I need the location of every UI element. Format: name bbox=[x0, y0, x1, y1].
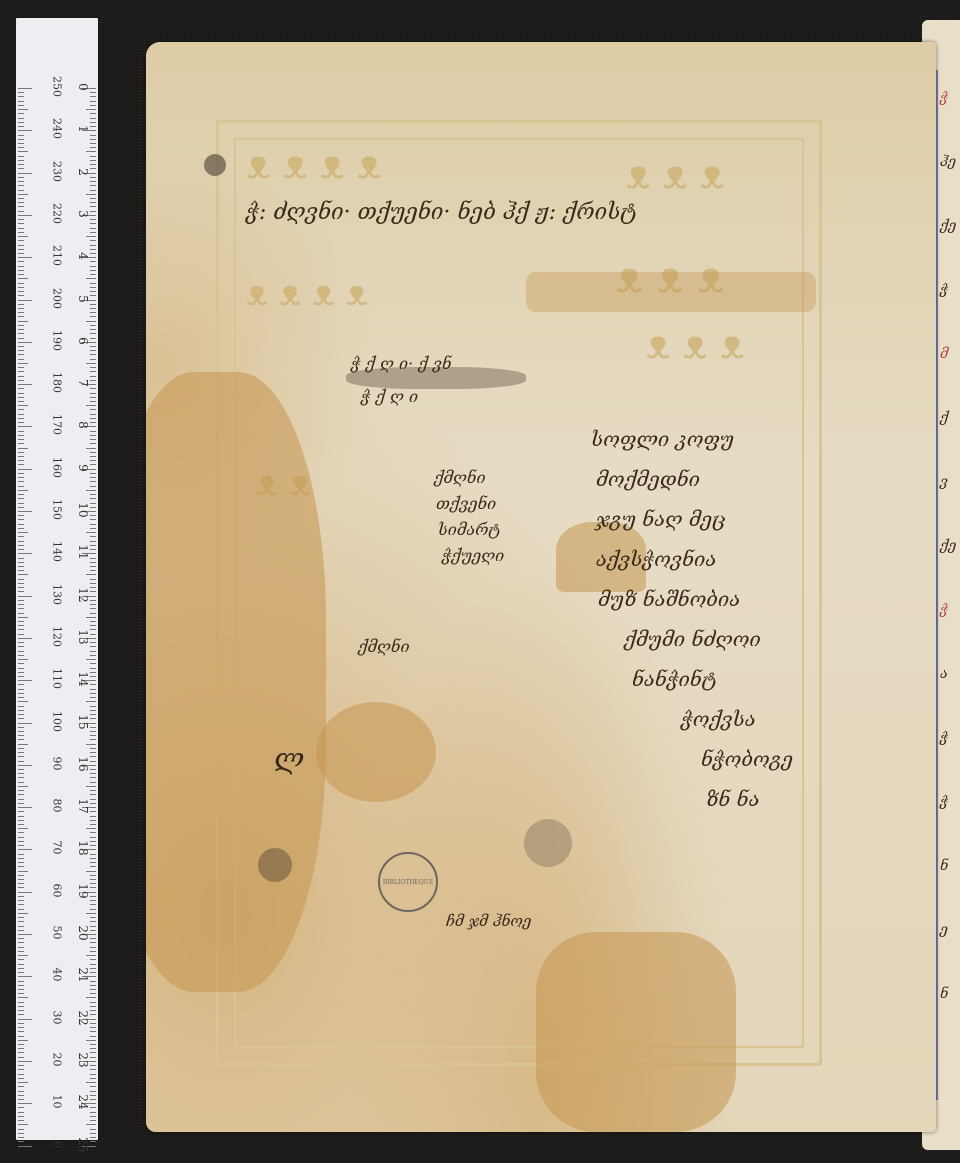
ruler-tick bbox=[86, 574, 96, 575]
ruler-tick bbox=[18, 583, 24, 584]
ruler-tick bbox=[18, 731, 24, 732]
ruler-tick bbox=[90, 168, 96, 169]
ruler-tick bbox=[90, 308, 96, 309]
grass-motif: ᴥ ᴥ ᴥ ᴥ bbox=[246, 272, 368, 314]
ruler-tick bbox=[18, 118, 24, 119]
ruler-tick bbox=[90, 993, 96, 994]
ruler-tick bbox=[90, 811, 96, 812]
adjacent-page-text: ჭ bbox=[940, 794, 948, 810]
ruler-tick bbox=[18, 887, 24, 888]
ruler-tick bbox=[18, 807, 32, 808]
ruler-cm-label: 0 bbox=[76, 76, 90, 98]
ruler-tick bbox=[18, 596, 32, 597]
ruler-tick bbox=[18, 769, 24, 770]
ruler-tick bbox=[90, 756, 96, 757]
ruler-tick bbox=[90, 464, 96, 465]
ruler-tick bbox=[90, 735, 96, 736]
ruler-tick bbox=[90, 625, 96, 626]
ruler-tick bbox=[18, 879, 24, 880]
ruler-tick bbox=[90, 536, 96, 537]
ruler-tick bbox=[86, 151, 96, 152]
water-stain bbox=[536, 932, 736, 1132]
ink-blot bbox=[258, 848, 292, 882]
ruler-tick bbox=[90, 1002, 96, 1003]
ruler-tick bbox=[18, 1099, 24, 1100]
ruler-tick bbox=[18, 477, 24, 478]
adjacent-page-text: ა bbox=[940, 666, 948, 682]
text-line: მუზ ნაშნობია bbox=[598, 587, 740, 611]
ruler-tick bbox=[86, 1082, 96, 1083]
ruler-tick bbox=[18, 921, 24, 922]
ruler-tick bbox=[90, 367, 96, 368]
ruler-tick bbox=[90, 752, 96, 753]
ruler-tick bbox=[18, 325, 24, 326]
bottom-note: ჩმ ჯმ ჰნოე bbox=[446, 912, 531, 930]
ruler-tick bbox=[90, 211, 96, 212]
ruler-tick bbox=[18, 228, 24, 229]
ruler-tick bbox=[18, 481, 24, 482]
ruler-tick bbox=[90, 917, 96, 918]
ruler-tick bbox=[90, 261, 96, 262]
ruler-cm-label: 5 bbox=[76, 288, 90, 310]
ruler-tick bbox=[18, 909, 24, 910]
ruler-tick bbox=[18, 587, 24, 588]
ruler-tick bbox=[90, 566, 96, 567]
ruler-tick bbox=[90, 1010, 96, 1011]
ruler-tick bbox=[90, 253, 96, 254]
ruler-mm-label: 250 bbox=[51, 74, 64, 100]
ruler-tick bbox=[18, 397, 24, 398]
ruler-tick bbox=[90, 820, 96, 821]
ruler-tick bbox=[18, 1048, 24, 1049]
ruler-tick bbox=[18, 181, 24, 182]
ruler-tick bbox=[18, 1120, 24, 1121]
ruler-tick bbox=[90, 1116, 96, 1117]
ruler-tick bbox=[90, 528, 96, 529]
ruler-tick bbox=[90, 101, 96, 102]
ruler-cm-label: 11 bbox=[76, 541, 90, 563]
ruler-tick bbox=[18, 710, 24, 711]
ruler-tick bbox=[18, 300, 32, 301]
ruler-tick bbox=[18, 88, 32, 89]
ruler-tick bbox=[90, 900, 96, 901]
ruler-tick bbox=[90, 689, 96, 690]
ruler-tick bbox=[90, 515, 96, 516]
ruler-tick bbox=[18, 794, 24, 795]
ruler-tick bbox=[86, 363, 96, 364]
adjacent-page-text: ნ bbox=[940, 986, 948, 1002]
ruler-tick bbox=[18, 291, 24, 292]
ruler-tick bbox=[18, 435, 24, 436]
ruler-tick bbox=[18, 236, 28, 237]
ruler-tick bbox=[18, 503, 24, 504]
ruler-tick bbox=[18, 490, 28, 491]
ruler-tick bbox=[90, 291, 96, 292]
ruler-tick bbox=[18, 1061, 32, 1062]
ruler-tick bbox=[18, 422, 24, 423]
ruler-tick bbox=[18, 985, 24, 986]
ruler-tick bbox=[18, 321, 28, 322]
ruler-tick bbox=[18, 1091, 24, 1092]
ruler-tick bbox=[18, 1133, 24, 1134]
ruler-tick bbox=[90, 794, 96, 795]
ruler-cm-label: 16 bbox=[76, 753, 90, 775]
ruler-tick bbox=[18, 139, 24, 140]
ruler-tick bbox=[90, 431, 96, 432]
ruler-tick bbox=[18, 160, 24, 161]
ruler-tick bbox=[18, 811, 24, 812]
ruler-tick bbox=[18, 735, 24, 736]
ruler-tick bbox=[90, 456, 96, 457]
ruler-tick bbox=[90, 824, 96, 825]
ruler-tick bbox=[18, 1112, 24, 1113]
ruler-tick bbox=[90, 1031, 96, 1032]
ruler-tick bbox=[18, 858, 24, 859]
ruler-tick bbox=[18, 1086, 24, 1087]
ruler-tick bbox=[18, 668, 24, 669]
ruler-tick bbox=[18, 613, 24, 614]
ruler-tick bbox=[18, 786, 28, 787]
ruler-mm-label: 0 bbox=[51, 1131, 64, 1157]
ruler-tick bbox=[90, 96, 96, 97]
ruler-tick bbox=[18, 215, 32, 216]
measuring-ruler: 0123456789101112131415161718192021222324… bbox=[16, 18, 98, 1140]
ruler-tick bbox=[90, 642, 96, 643]
ruler-cm-label: 17 bbox=[76, 795, 90, 817]
ruler-tick bbox=[18, 723, 32, 724]
ruler-tick bbox=[18, 274, 24, 275]
margin-mark: ლ bbox=[274, 742, 304, 775]
ruler-tick bbox=[18, 634, 24, 635]
ruler-tick bbox=[18, 824, 24, 825]
ruler-tick bbox=[18, 562, 24, 563]
ruler-tick bbox=[90, 1023, 96, 1024]
text-line: ნანჭინტ bbox=[632, 667, 717, 691]
ruler-tick bbox=[18, 151, 28, 152]
ruler-tick bbox=[18, 1141, 24, 1142]
ruler-tick bbox=[18, 194, 28, 195]
ruler-tick bbox=[90, 92, 96, 93]
ruler-tick bbox=[90, 947, 96, 948]
ruler-tick bbox=[90, 748, 96, 749]
ruler-tick bbox=[90, 160, 96, 161]
ruler-tick bbox=[18, 405, 28, 406]
ruler-tick bbox=[90, 359, 96, 360]
note-line: ქმღნი bbox=[358, 637, 410, 656]
ruler-tick bbox=[90, 270, 96, 271]
ruler-tick bbox=[18, 875, 24, 876]
ruler-tick bbox=[18, 135, 24, 136]
ruler-tick bbox=[18, 697, 24, 698]
ruler-tick bbox=[90, 371, 96, 372]
ruler-tick bbox=[90, 600, 96, 601]
ruler-tick bbox=[90, 761, 96, 762]
ruler-tick bbox=[18, 951, 24, 952]
ruler-tick bbox=[18, 380, 24, 381]
ruler-tick bbox=[90, 219, 96, 220]
ruler-tick bbox=[18, 464, 24, 465]
ruler-tick bbox=[18, 456, 24, 457]
ruler-tick bbox=[18, 524, 24, 525]
ruler-tick bbox=[90, 1057, 96, 1058]
ruler-tick bbox=[90, 422, 96, 423]
ruler-tick bbox=[90, 190, 96, 191]
ruler-tick bbox=[18, 198, 24, 199]
ruler-tick bbox=[90, 710, 96, 711]
ruler-tick bbox=[90, 968, 96, 969]
ruler-cm-label: 2 bbox=[76, 161, 90, 183]
ruler-tick bbox=[18, 350, 24, 351]
note-line: ჭ ქ ღ ი· ქ ვნ bbox=[351, 354, 452, 373]
ruler-tick bbox=[90, 181, 96, 182]
ruler-tick bbox=[90, 718, 96, 719]
ruler-tick bbox=[18, 693, 24, 694]
ruler-tick bbox=[86, 448, 96, 449]
ruler-tick bbox=[90, 304, 96, 305]
ruler-tick bbox=[86, 955, 96, 956]
ink-blot bbox=[524, 819, 572, 867]
adjacent-page-text: ჭ bbox=[940, 90, 948, 106]
ruler-tick bbox=[90, 777, 96, 778]
ruler-tick bbox=[90, 1120, 96, 1121]
ruler-mm-label: 40 bbox=[51, 962, 64, 988]
ruler-tick bbox=[90, 388, 96, 389]
adjacent-page-text: ჭ bbox=[940, 730, 948, 746]
ruler-mm-label: 100 bbox=[51, 708, 64, 734]
ruler-tick bbox=[18, 816, 24, 817]
ruler-tick bbox=[90, 663, 96, 664]
ruler-tick bbox=[90, 583, 96, 584]
ruler-tick bbox=[86, 617, 96, 618]
ruler-tick bbox=[18, 363, 28, 364]
ruler-mm-label: 240 bbox=[51, 116, 64, 142]
ruler-tick bbox=[90, 287, 96, 288]
ruler-tick bbox=[90, 942, 96, 943]
ruler-tick bbox=[18, 245, 24, 246]
ruler-tick bbox=[18, 993, 24, 994]
ruler-tick bbox=[90, 232, 96, 233]
ruler-tick bbox=[18, 473, 24, 474]
ruler-tick bbox=[18, 443, 24, 444]
ruler-tick bbox=[90, 1112, 96, 1113]
ruler-tick bbox=[90, 228, 96, 229]
ruler-tick bbox=[90, 443, 96, 444]
ruler-mm-label: 110 bbox=[51, 666, 64, 692]
ruler-tick bbox=[90, 981, 96, 982]
ruler-tick bbox=[18, 515, 24, 516]
ruler-tick bbox=[90, 401, 96, 402]
ruler-tick bbox=[86, 490, 96, 491]
ruler-tick bbox=[90, 266, 96, 267]
ruler-tick bbox=[90, 295, 96, 296]
ruler-tick bbox=[90, 519, 96, 520]
ruler-tick bbox=[90, 562, 96, 563]
ruler-tick bbox=[90, 845, 96, 846]
text-line: აქვსჭოვნია bbox=[596, 547, 716, 571]
ruler-tick bbox=[90, 105, 96, 106]
ruler-tick bbox=[18, 773, 24, 774]
text-line: ნჭობოგე bbox=[701, 747, 793, 771]
ruler-tick bbox=[18, 1044, 24, 1045]
ruler-tick bbox=[90, 773, 96, 774]
ruler-tick bbox=[18, 173, 32, 174]
ruler-tick bbox=[90, 697, 96, 698]
ruler-tick bbox=[18, 938, 24, 939]
ruler-mm-label: 140 bbox=[51, 539, 64, 565]
ruler-tick bbox=[90, 621, 96, 622]
ruler-tick bbox=[90, 240, 96, 241]
ruler-tick bbox=[18, 871, 28, 872]
ruler-tick bbox=[86, 278, 96, 279]
ruler-tick bbox=[90, 135, 96, 136]
ruler-tick bbox=[18, 790, 24, 791]
ruler-tick bbox=[18, 714, 24, 715]
ruler-tick bbox=[18, 401, 24, 402]
ruler-tick bbox=[90, 418, 96, 419]
ruler-tick bbox=[18, 862, 24, 863]
ruler-tick bbox=[90, 1048, 96, 1049]
ruler-tick bbox=[90, 1086, 96, 1087]
ruler-tick bbox=[90, 841, 96, 842]
adjacent-page-text: ქე bbox=[940, 218, 956, 234]
ruler-tick bbox=[18, 638, 32, 639]
ruler-cm-label: 8 bbox=[76, 414, 90, 436]
ruler-tick bbox=[18, 832, 24, 833]
ruler-tick bbox=[18, 109, 28, 110]
ruler-tick bbox=[90, 1107, 96, 1108]
ruler-tick bbox=[18, 837, 24, 838]
ruler-tick bbox=[18, 177, 24, 178]
ruler-tick bbox=[90, 579, 96, 580]
ruler-tick bbox=[18, 756, 24, 757]
ruler-tick bbox=[90, 350, 96, 351]
ruler-tick bbox=[90, 549, 96, 550]
ruler-mm-label: 10 bbox=[51, 1089, 64, 1115]
ruler-tick bbox=[90, 1095, 96, 1096]
ruler-tick bbox=[18, 663, 24, 664]
ruler-tick bbox=[90, 655, 96, 656]
ruler-tick bbox=[18, 168, 24, 169]
ruler-tick bbox=[90, 481, 96, 482]
ruler-tick bbox=[18, 329, 24, 330]
ruler-tick bbox=[18, 625, 24, 626]
ruler-tick bbox=[18, 206, 24, 207]
ruler-tick bbox=[18, 371, 24, 372]
ruler-tick bbox=[86, 236, 96, 237]
ruler-tick bbox=[18, 232, 24, 233]
ruler-tick bbox=[90, 803, 96, 804]
ruler-tick bbox=[18, 287, 24, 288]
ruler-tick bbox=[18, 393, 24, 394]
ruler-tick bbox=[18, 680, 32, 681]
ruler-tick bbox=[90, 672, 96, 673]
ruler-tick bbox=[18, 976, 32, 977]
ruler-tick bbox=[18, 528, 24, 529]
ruler-tick bbox=[18, 591, 24, 592]
ruler-tick bbox=[18, 96, 24, 97]
ruler-tick bbox=[18, 511, 32, 512]
ruler-tick bbox=[90, 1065, 96, 1066]
ruler-tick bbox=[90, 198, 96, 199]
ruler-tick bbox=[18, 1036, 24, 1037]
ruler-cm-label: 24 bbox=[76, 1091, 90, 1113]
ruler-tick bbox=[18, 494, 24, 495]
ruler-tick bbox=[18, 304, 24, 305]
ruler-tick bbox=[18, 566, 24, 567]
ruler-tick bbox=[90, 494, 96, 495]
ruler-tick bbox=[18, 968, 24, 969]
ruler-tick bbox=[90, 507, 96, 508]
grass-motif: ᴥ ᴥ ᴥ bbox=[646, 322, 744, 368]
ruler-tick bbox=[86, 786, 96, 787]
ruler-tick bbox=[18, 316, 24, 317]
ruler-tick bbox=[90, 879, 96, 880]
ruler-tick bbox=[90, 380, 96, 381]
note-line: ქმღნი bbox=[434, 468, 486, 487]
ruler-tick bbox=[18, 312, 24, 313]
ruler-tick bbox=[90, 329, 96, 330]
ruler-tick bbox=[18, 1006, 24, 1007]
manuscript-page: ᴥ ᴥ ᴥ ᴥ ᴥ ᴥ ᴥ ᴥ ᴥ ᴥ ᴥ ᴥ ᴥ ᴥ ᴥ ᴥ ᴥ ᴥ ᴥ ჭ:… bbox=[146, 42, 936, 1132]
ruler-tick bbox=[18, 431, 24, 432]
ruler-tick bbox=[18, 570, 24, 571]
ruler-tick bbox=[18, 439, 24, 440]
ruler-tick bbox=[90, 832, 96, 833]
ruler-tick bbox=[90, 338, 96, 339]
ruler-tick bbox=[90, 896, 96, 897]
ruler-tick bbox=[18, 904, 24, 905]
ruler-mm-label: 230 bbox=[51, 158, 64, 184]
ruler-tick bbox=[90, 904, 96, 905]
adjacent-page-text: მ bbox=[940, 346, 948, 362]
ruler-tick bbox=[18, 942, 24, 943]
ruler-tick bbox=[90, 1027, 96, 1028]
ruler-tick bbox=[18, 913, 28, 914]
ruler-tick bbox=[18, 892, 32, 893]
ruler-tick bbox=[18, 672, 24, 673]
ruler-tick bbox=[18, 295, 24, 296]
ruler-tick bbox=[90, 460, 96, 461]
ruler-tick bbox=[18, 1031, 24, 1032]
ruler-tick bbox=[18, 553, 32, 554]
ruler-tick bbox=[90, 739, 96, 740]
ruler-tick bbox=[18, 541, 24, 542]
ruler-tick bbox=[86, 532, 96, 533]
ruler-tick bbox=[90, 668, 96, 669]
ruler-cm-label: 6 bbox=[76, 330, 90, 352]
ruler-tick bbox=[90, 486, 96, 487]
ruler-tick bbox=[90, 887, 96, 888]
ruler-tick bbox=[90, 223, 96, 224]
ruler-tick bbox=[18, 621, 24, 622]
ruler-tick bbox=[90, 858, 96, 859]
ruler-tick bbox=[90, 862, 96, 863]
ruler-tick bbox=[18, 354, 24, 355]
ruler-mm-label: 220 bbox=[51, 200, 64, 226]
ruler-tick bbox=[18, 452, 24, 453]
ruler-tick bbox=[90, 676, 96, 677]
ruler-tick bbox=[86, 194, 96, 195]
ruler-tick bbox=[18, 283, 24, 284]
ruler-tick bbox=[18, 409, 24, 410]
ruler-tick bbox=[18, 777, 24, 778]
ruler-tick bbox=[90, 629, 96, 630]
ruler-tick bbox=[18, 211, 24, 212]
ruler-tick bbox=[18, 765, 32, 766]
ruler-tick bbox=[90, 706, 96, 707]
ruler-tick bbox=[18, 143, 24, 144]
ruler-tick bbox=[18, 519, 24, 520]
